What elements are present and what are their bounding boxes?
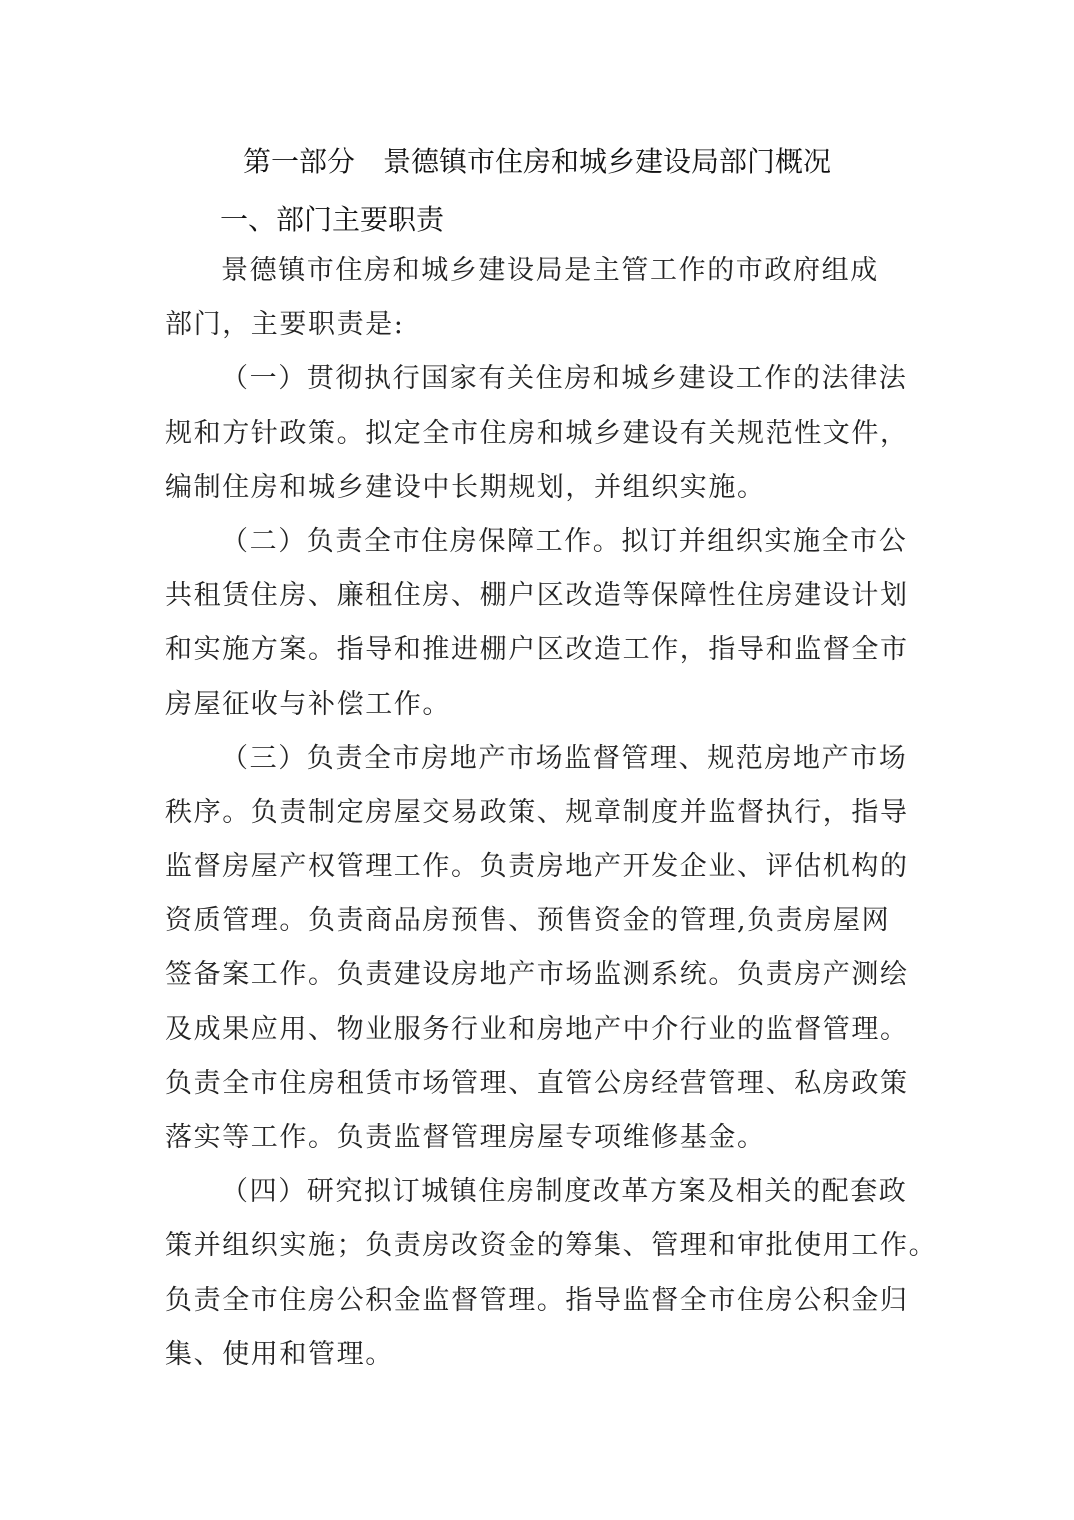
text-line: （一）贯彻执行国家有关住房和城乡建设工作的法律法 — [165, 352, 925, 406]
text-line: 集、使用和管理。 — [165, 1328, 925, 1382]
text-line: 秩序。负责制定房屋交易政策、规章制度并监督执行，指导 — [165, 786, 925, 840]
paragraph-duty-4: （四）研究拟订城镇住房制度改革方案及相关的配套政 策并组织实施；负责房改资金的筹… — [165, 1165, 925, 1382]
text-line: 监督房屋产权管理工作。负责房地产开发企业、评估机构的 — [165, 840, 925, 894]
page-title: 第一部分 景德镇市住房和城乡建设局部门概况 — [0, 140, 1074, 184]
text-line: 共租赁住房、廉租住房、棚户区改造等保障性住房建设计划 — [165, 569, 925, 623]
text-line: 负责全市住房租赁市场管理、直管公房经营管理、私房政策 — [165, 1057, 925, 1111]
text-line: 策并组织实施；负责房改资金的筹集、管理和审批使用工作。 — [165, 1219, 925, 1273]
text-line: 资质管理。负责商品房预售、预售资金的管理,负责房屋网 — [165, 894, 925, 948]
paragraph-duty-3: （三）负责全市房地产市场监督管理、规范房地产市场 秩序。负责制定房屋交易政策、规… — [165, 732, 925, 1166]
text-line: 编制住房和城乡建设中长期规划，并组织实施。 — [165, 461, 925, 515]
document-page: 第一部分 景德镇市住房和城乡建设局部门概况 一、部门主要职责 景德镇市住房和城乡… — [0, 0, 1074, 1520]
text-line: 规和方针政策。拟定全市住房和城乡建设有关规范性文件， — [165, 407, 925, 461]
text-line: 部门，主要职责是: — [165, 298, 925, 352]
paragraph-duty-2: （二）负责全市住房保障工作。拟订并组织实施全市公 共租赁住房、廉租住房、棚户区改… — [165, 515, 925, 732]
text-line: 景德镇市住房和城乡建设局是主管工作的市政府组成 — [165, 244, 925, 298]
paragraph-intro: 景德镇市住房和城乡建设局是主管工作的市政府组成 部门，主要职责是: — [165, 244, 925, 352]
text-line: 和实施方案。指导和推进棚户区改造工作，指导和监督全市 — [165, 623, 925, 677]
text-line: 及成果应用、物业服务行业和房地产中介行业的监督管理。 — [165, 1003, 925, 1057]
text-line: （三）负责全市房地产市场监督管理、规范房地产市场 — [165, 732, 925, 786]
section-heading: 一、部门主要职责 — [220, 198, 444, 242]
text-line: 负责全市住房公积金监督管理。指导监督全市住房公积金归 — [165, 1274, 925, 1328]
text-line: 房屋征收与补偿工作。 — [165, 678, 925, 732]
paragraph-duty-1: （一）贯彻执行国家有关住房和城乡建设工作的法律法 规和方针政策。拟定全市住房和城… — [165, 352, 925, 515]
document-body: 景德镇市住房和城乡建设局是主管工作的市政府组成 部门，主要职责是: （一）贯彻执… — [165, 244, 925, 1382]
text-line: （四）研究拟订城镇住房制度改革方案及相关的配套政 — [165, 1165, 925, 1219]
text-line: （二）负责全市住房保障工作。拟订并组织实施全市公 — [165, 515, 925, 569]
text-line: 签备案工作。负责建设房地产市场监测系统。负责房产测绘 — [165, 948, 925, 1002]
text-line: 落实等工作。负责监督管理房屋专项维修基金。 — [165, 1111, 925, 1165]
